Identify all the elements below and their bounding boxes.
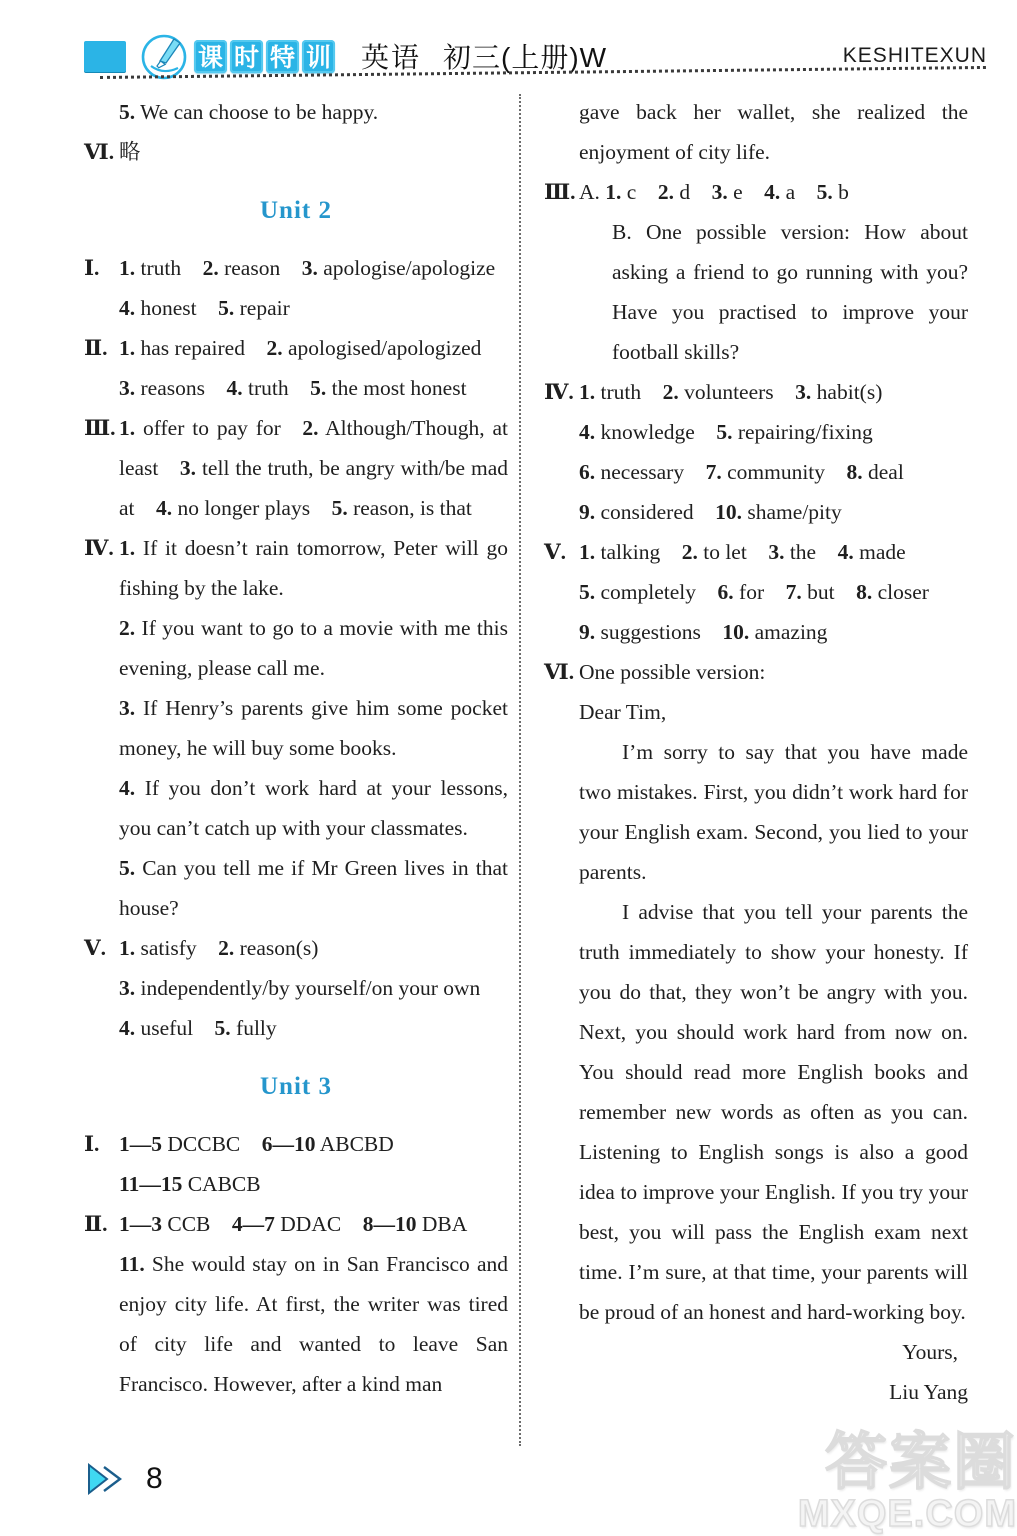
answer-paragraph: 11. She would stay on in San Francisco a… [119, 1244, 508, 1404]
unit3-heading: Unit 3 [84, 1063, 508, 1111]
roman-label: Ⅲ. [84, 408, 116, 448]
answer-line: 1. has repaired 2. apologised/apologized [119, 328, 508, 368]
column-divider [519, 94, 521, 1446]
answer-line: 5. completely 6. for 7. but 8. closer [579, 572, 968, 612]
roman-label: Ⅱ. [84, 1204, 108, 1244]
roman-label: Ⅴ. [84, 928, 106, 968]
answer-line: 6. necessary 7. community 8. deal [579, 452, 968, 492]
roman-label: Ⅰ. [84, 1124, 99, 1164]
answer-line: 9. suggestions 10. amazing [579, 612, 968, 652]
answer-continuation-paragraph: gave back her wallet, she realized the e… [544, 92, 968, 172]
watermark-title: 答案圈 [798, 1432, 1017, 1494]
answer-block-u2-ii: Ⅱ. 1. has repaired 2. apologised/apologi… [84, 328, 508, 408]
left-column: 5. We can choose to be happy. Ⅵ. 略 Unit … [84, 92, 508, 1404]
letter-salutation: Dear Tim, [579, 692, 968, 732]
letter-signature: Liu Yang [579, 1372, 968, 1412]
answer-text: 略 [119, 132, 508, 172]
answer-line: A. 1. c 2. d 3. e 4. a 5. b [579, 172, 968, 212]
answer-block-u3-ii: Ⅱ. 1—3 CCB 4—7 DDAC 8—10 DBA 11. She wou… [84, 1204, 508, 1404]
answer-block-u2-iv: Ⅳ. 1. If it doesn’t rain tomorrow, Peter… [84, 528, 508, 928]
answer-line: 4. honest 5. repair [119, 288, 508, 328]
page-arrow-icon [86, 1463, 128, 1495]
answer-block-u3-iii: Ⅲ. A. 1. c 2. d 3. e 4. a 5. b B. One po… [544, 172, 968, 372]
answer-sub-paragraph: B. One possible version: How about askin… [612, 212, 968, 372]
logo-char-box: 训 [302, 40, 335, 73]
watermark-site: MXQE.COM [798, 1494, 1017, 1534]
letter-closing: Yours, [579, 1332, 968, 1372]
answer-block-u2-iii: Ⅲ. 1. offer to pay for 2. Although/Thoug… [84, 408, 508, 528]
answer-block-u3-v: Ⅴ. 1. talking 2. to let 3. the 4. made 5… [544, 532, 968, 652]
answer-line: 1. satisfy 2. reason(s) [119, 928, 508, 968]
accent-square [84, 41, 126, 72]
letter-paragraph: I advise that you tell your parents the … [579, 892, 968, 1332]
roman-label: Ⅵ. [544, 652, 574, 692]
subject-title: 英语 [361, 36, 421, 76]
page-number: 8 [146, 1462, 163, 1496]
answer-sentence: 4. If you don’t work hard at your lesson… [119, 768, 508, 848]
logo-title: 课 时 特 训 [194, 40, 335, 73]
answer-line: 3. reasons 4. truth 5. the most honest [119, 368, 508, 408]
roman-label: Ⅳ. [84, 528, 114, 568]
roman-label: Ⅴ. [544, 532, 566, 572]
answer-line: 4. knowledge 5. repairing/fixing [579, 412, 968, 452]
answer-line: 4. useful 5. fully [119, 1008, 508, 1048]
roman-label: Ⅵ. [84, 132, 114, 172]
logo-char-box: 时 [230, 40, 263, 73]
answer-sentence: 3. If Henry’s parents give him some pock… [119, 688, 508, 768]
answer-line: 1. truth 2. reason 3. apologise/apologiz… [119, 248, 508, 288]
answer-block-u3-iv: Ⅳ. 1. truth 2. volunteers 3. habit(s) 4.… [544, 372, 968, 532]
answer-line: 1—5 DCCBC 6—10 ABCBD [119, 1124, 508, 1164]
answer-block-u3-i: Ⅰ. 1—5 DCCBC 6—10 ABCBD 11—15 CABCB [84, 1124, 508, 1204]
roman-label: Ⅱ. [84, 328, 108, 368]
workbook-answer-page: 课 时 特 训 英语 初三(上册)W KESHITEXUN 5. We can … [0, 0, 1017, 1536]
page-footer: 8 [86, 1462, 163, 1496]
answer-line: 11—15 CABCB [119, 1164, 508, 1204]
answer-paragraph: 1. offer to pay for 2. Although/Though, … [119, 408, 508, 528]
answer-line: 3. independently/by yourself/on your own [119, 968, 508, 1008]
answer-line: 1—3 CCB 4—7 DDAC 8—10 DBA [119, 1204, 508, 1244]
answer-line: 9. considered 10. shame/pity [579, 492, 968, 532]
roman-label: Ⅳ. [544, 372, 574, 412]
answer-continuation-line: 5. We can choose to be happy. [84, 92, 508, 132]
logo-char-box: 课 [194, 40, 227, 73]
roman-label: Ⅲ. [544, 172, 576, 212]
model-essay-intro: One possible version: [579, 652, 968, 692]
unit2-heading: Unit 2 [84, 187, 508, 235]
site-watermark: 答案圈 MXQE.COM [798, 1432, 1017, 1534]
answer-line: 1. talking 2. to let 3. the 4. made [579, 532, 968, 572]
answer-sentence: 2. If you want to go to a movie with me … [119, 608, 508, 688]
letter-paragraph: I’m sorry to say that you have made two … [579, 732, 968, 892]
answer-block-u2-i: Ⅰ. 1. truth 2. reason 3. apologise/apolo… [84, 248, 508, 328]
logo-char-box: 特 [266, 40, 299, 73]
answer-sentence: 1. If it doesn’t rain tomorrow, Peter wi… [119, 528, 508, 608]
answer-line: 1. truth 2. volunteers 3. habit(s) [579, 372, 968, 412]
answer-block-u2-v: Ⅴ. 1. satisfy 2. reason(s) 3. independen… [84, 928, 508, 1048]
brand-text: KESHITEXUN [843, 44, 987, 68]
answer-block-u3-vi: Ⅵ. One possible version: Dear Tim, I’m s… [544, 652, 968, 1412]
answer-sentence: 5. Can you tell me if Mr Green lives in … [119, 848, 508, 928]
roman-label: Ⅰ. [84, 248, 99, 288]
answer-block-vi: Ⅵ. 略 [84, 132, 508, 172]
right-column: gave back her wallet, she realized the e… [544, 92, 968, 1412]
